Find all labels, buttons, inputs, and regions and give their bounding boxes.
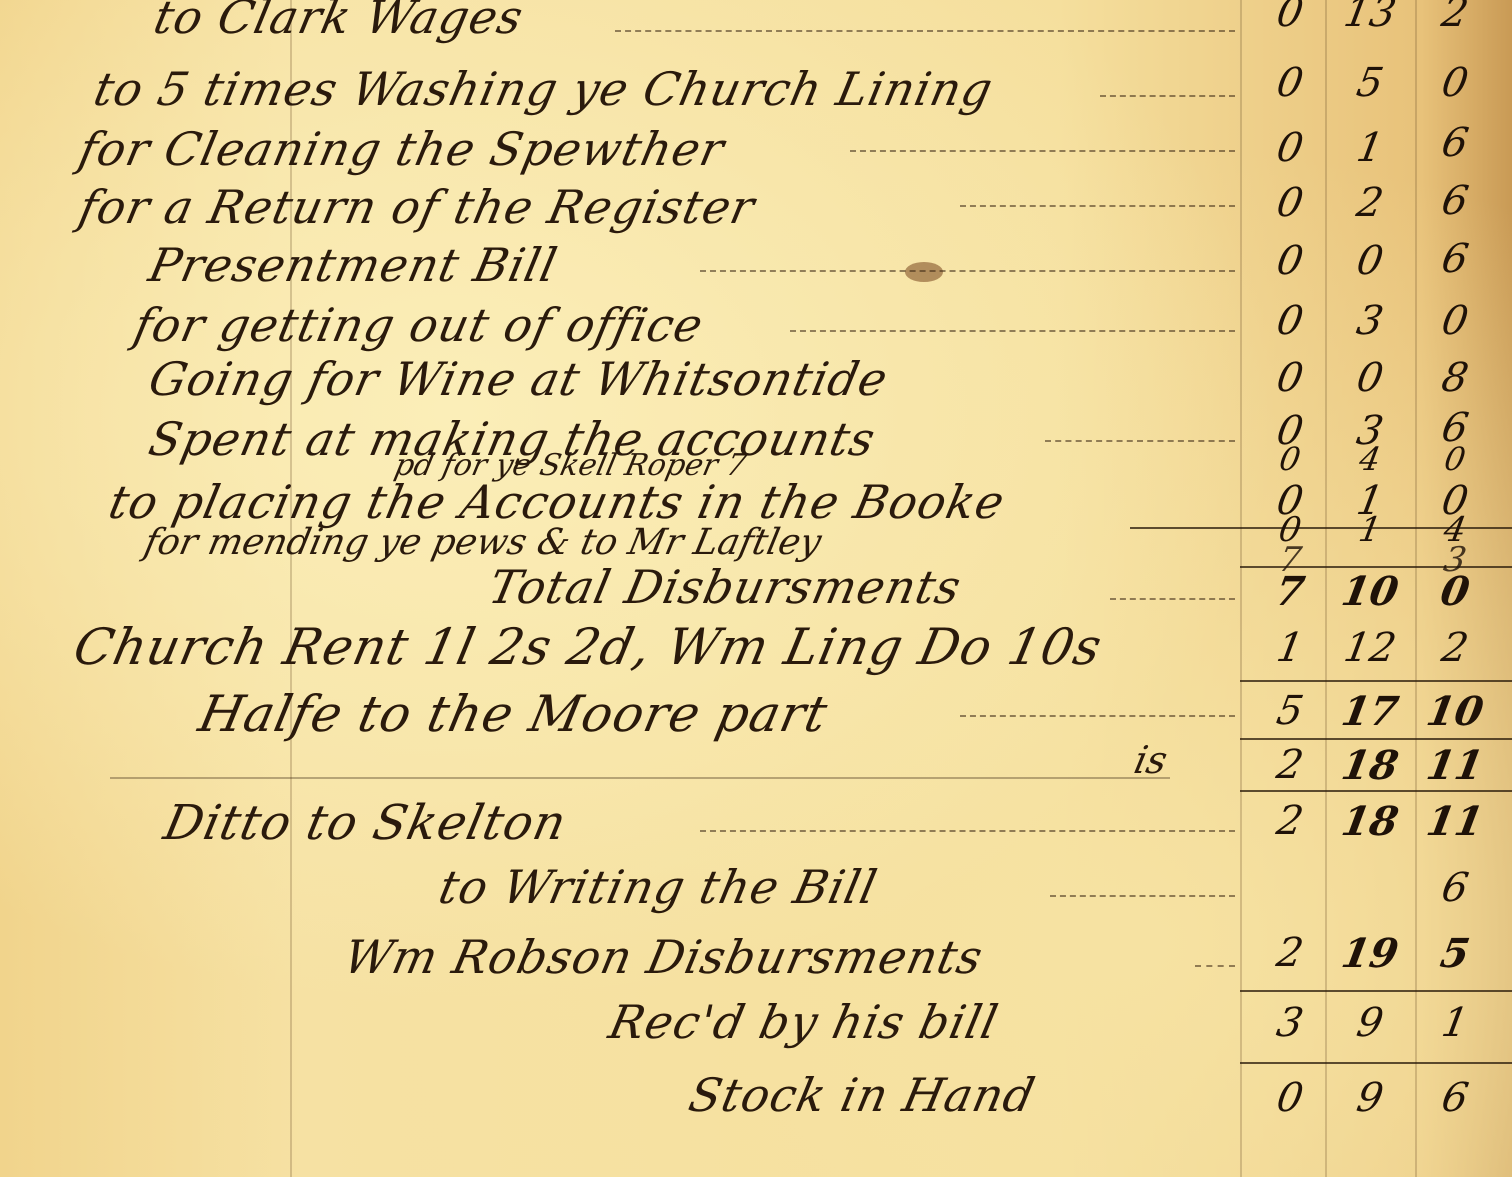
amount-shillings: 4 — [1332, 440, 1409, 478]
amount-pence: 0 — [1416, 568, 1494, 615]
amount-pounds: 2 — [1251, 742, 1329, 788]
amount-shillings: 1 — [1331, 125, 1409, 171]
amount-shillings: 18 — [1331, 742, 1409, 789]
entry-description: for getting out of office — [129, 298, 708, 352]
amount-pounds: 0 — [1251, 0, 1329, 36]
sum-rule — [1240, 790, 1512, 792]
amount-shillings: 2 — [1331, 180, 1409, 226]
dotted-leader — [960, 205, 1235, 207]
dotted-leader — [1045, 440, 1235, 442]
entry-description: is — [1130, 738, 1171, 782]
amount-pounds: 7 — [1251, 568, 1329, 615]
entry-description: for a Return of the Register — [74, 180, 760, 234]
amount-shillings: 5 — [1331, 60, 1409, 106]
amount-pounds: 0 — [1251, 60, 1329, 106]
dotted-leader — [790, 330, 1235, 332]
margin-rule — [290, 0, 292, 1177]
amount-pounds: 0 — [1251, 298, 1329, 344]
amount-pence: 6 — [1416, 178, 1494, 224]
sum-rule — [1240, 1062, 1512, 1064]
amount-pence: 1 — [1416, 1000, 1494, 1046]
dotted-leader — [700, 830, 1235, 832]
dotted-leader — [960, 715, 1235, 717]
pounds-column-rule — [1240, 0, 1242, 1177]
dotted-leader — [1195, 965, 1235, 967]
amount-pence: 0 — [1417, 440, 1494, 478]
amount-pence: 6 — [1416, 865, 1494, 911]
dotted-leader — [615, 30, 1235, 32]
entry-description: Presentment Bill — [144, 238, 562, 292]
amount-shillings: 0 — [1331, 355, 1409, 401]
dotted-leader — [1050, 895, 1235, 897]
amount-pounds: 5 — [1251, 688, 1329, 734]
entry-description: Rec'd by his bill — [604, 995, 1003, 1049]
amount-shillings: 0 — [1331, 238, 1409, 284]
entry-description: for mending ye pews & to Mr Laftley — [141, 522, 825, 563]
amount-pounds: 3 — [1251, 1000, 1329, 1046]
dotted-leader — [1100, 95, 1235, 97]
amount-shillings: 9 — [1331, 1075, 1409, 1121]
entry-description: to Writing the Bill — [434, 860, 882, 914]
entry-description: for Cleaning the Spewther — [74, 122, 729, 176]
amount-pence: 10 — [1416, 688, 1494, 735]
sum-rule — [110, 777, 1170, 779]
amount-pounds: 0 — [1251, 125, 1329, 171]
amount-pence: 2 — [1416, 0, 1494, 36]
amount-shillings: 13 — [1331, 0, 1409, 36]
entry-description: Church Rent 1l 2s 2d, Wm Ling Do 10s — [69, 618, 1107, 676]
amount-shillings: 18 — [1331, 798, 1409, 845]
ink-stain — [905, 262, 943, 282]
entry-description: to placing the Accounts in the Booke — [104, 475, 1010, 529]
entry-description: Going for Wine at Whitsontide — [144, 352, 893, 406]
amount-pounds: 2 — [1251, 930, 1329, 976]
amount-pounds: 2 — [1251, 798, 1329, 844]
amount-pounds: 0 — [1251, 180, 1329, 226]
entry-description: to Clark Wages — [149, 0, 528, 44]
amount-pence: 5 — [1416, 930, 1494, 977]
amount-pence: 6 — [1416, 120, 1494, 166]
ledger-page: to Clark Wages 0 13 2 to 5 times Washing… — [0, 0, 1512, 1177]
amount-pounds: 0 — [1252, 440, 1329, 478]
amount-shillings: 19 — [1331, 930, 1409, 977]
amount-pounds: 0 — [1251, 355, 1329, 401]
amount-shillings: 17 — [1331, 688, 1409, 735]
amount-pence: 6 — [1416, 236, 1494, 282]
sum-rule — [1240, 738, 1512, 740]
entry-description: to 5 times Washing ye Church Lining — [89, 62, 998, 116]
amount-pence: 0 — [1416, 60, 1494, 106]
entry-description: Wm Robson Disbursments — [339, 930, 988, 984]
entry-description: Total Disbursments — [484, 560, 966, 614]
amount-pounds: 1 — [1251, 625, 1329, 671]
pence-column-rule — [1415, 0, 1417, 1177]
amount-pence: 2 — [1416, 625, 1494, 671]
dotted-leader — [1110, 598, 1235, 600]
amount-shillings: 12 — [1331, 625, 1409, 671]
sum-rule — [1240, 990, 1512, 992]
entry-description: Ditto to Skelton — [159, 795, 572, 851]
amount-pence: 0 — [1416, 298, 1494, 344]
amount-pence: 11 — [1416, 798, 1494, 845]
amount-shillings: 3 — [1331, 298, 1409, 344]
dotted-leader — [850, 150, 1235, 152]
amount-pence: 11 — [1416, 742, 1494, 789]
amount-pence: 8 — [1416, 355, 1494, 401]
amount-pence: 6 — [1416, 1075, 1494, 1121]
amount-shillings: 1 — [1331, 510, 1408, 550]
entry-description: Stock in Hand — [684, 1068, 1040, 1122]
amount-shillings: 10 — [1331, 568, 1409, 615]
amount-pounds: 0 — [1251, 1075, 1329, 1121]
entry-description: Halfe to the Moore part — [194, 685, 833, 743]
sum-rule — [1240, 680, 1512, 682]
amount-shillings: 9 — [1331, 1000, 1409, 1046]
dotted-leader — [700, 270, 1235, 272]
amount-pounds: 0 — [1251, 238, 1329, 284]
